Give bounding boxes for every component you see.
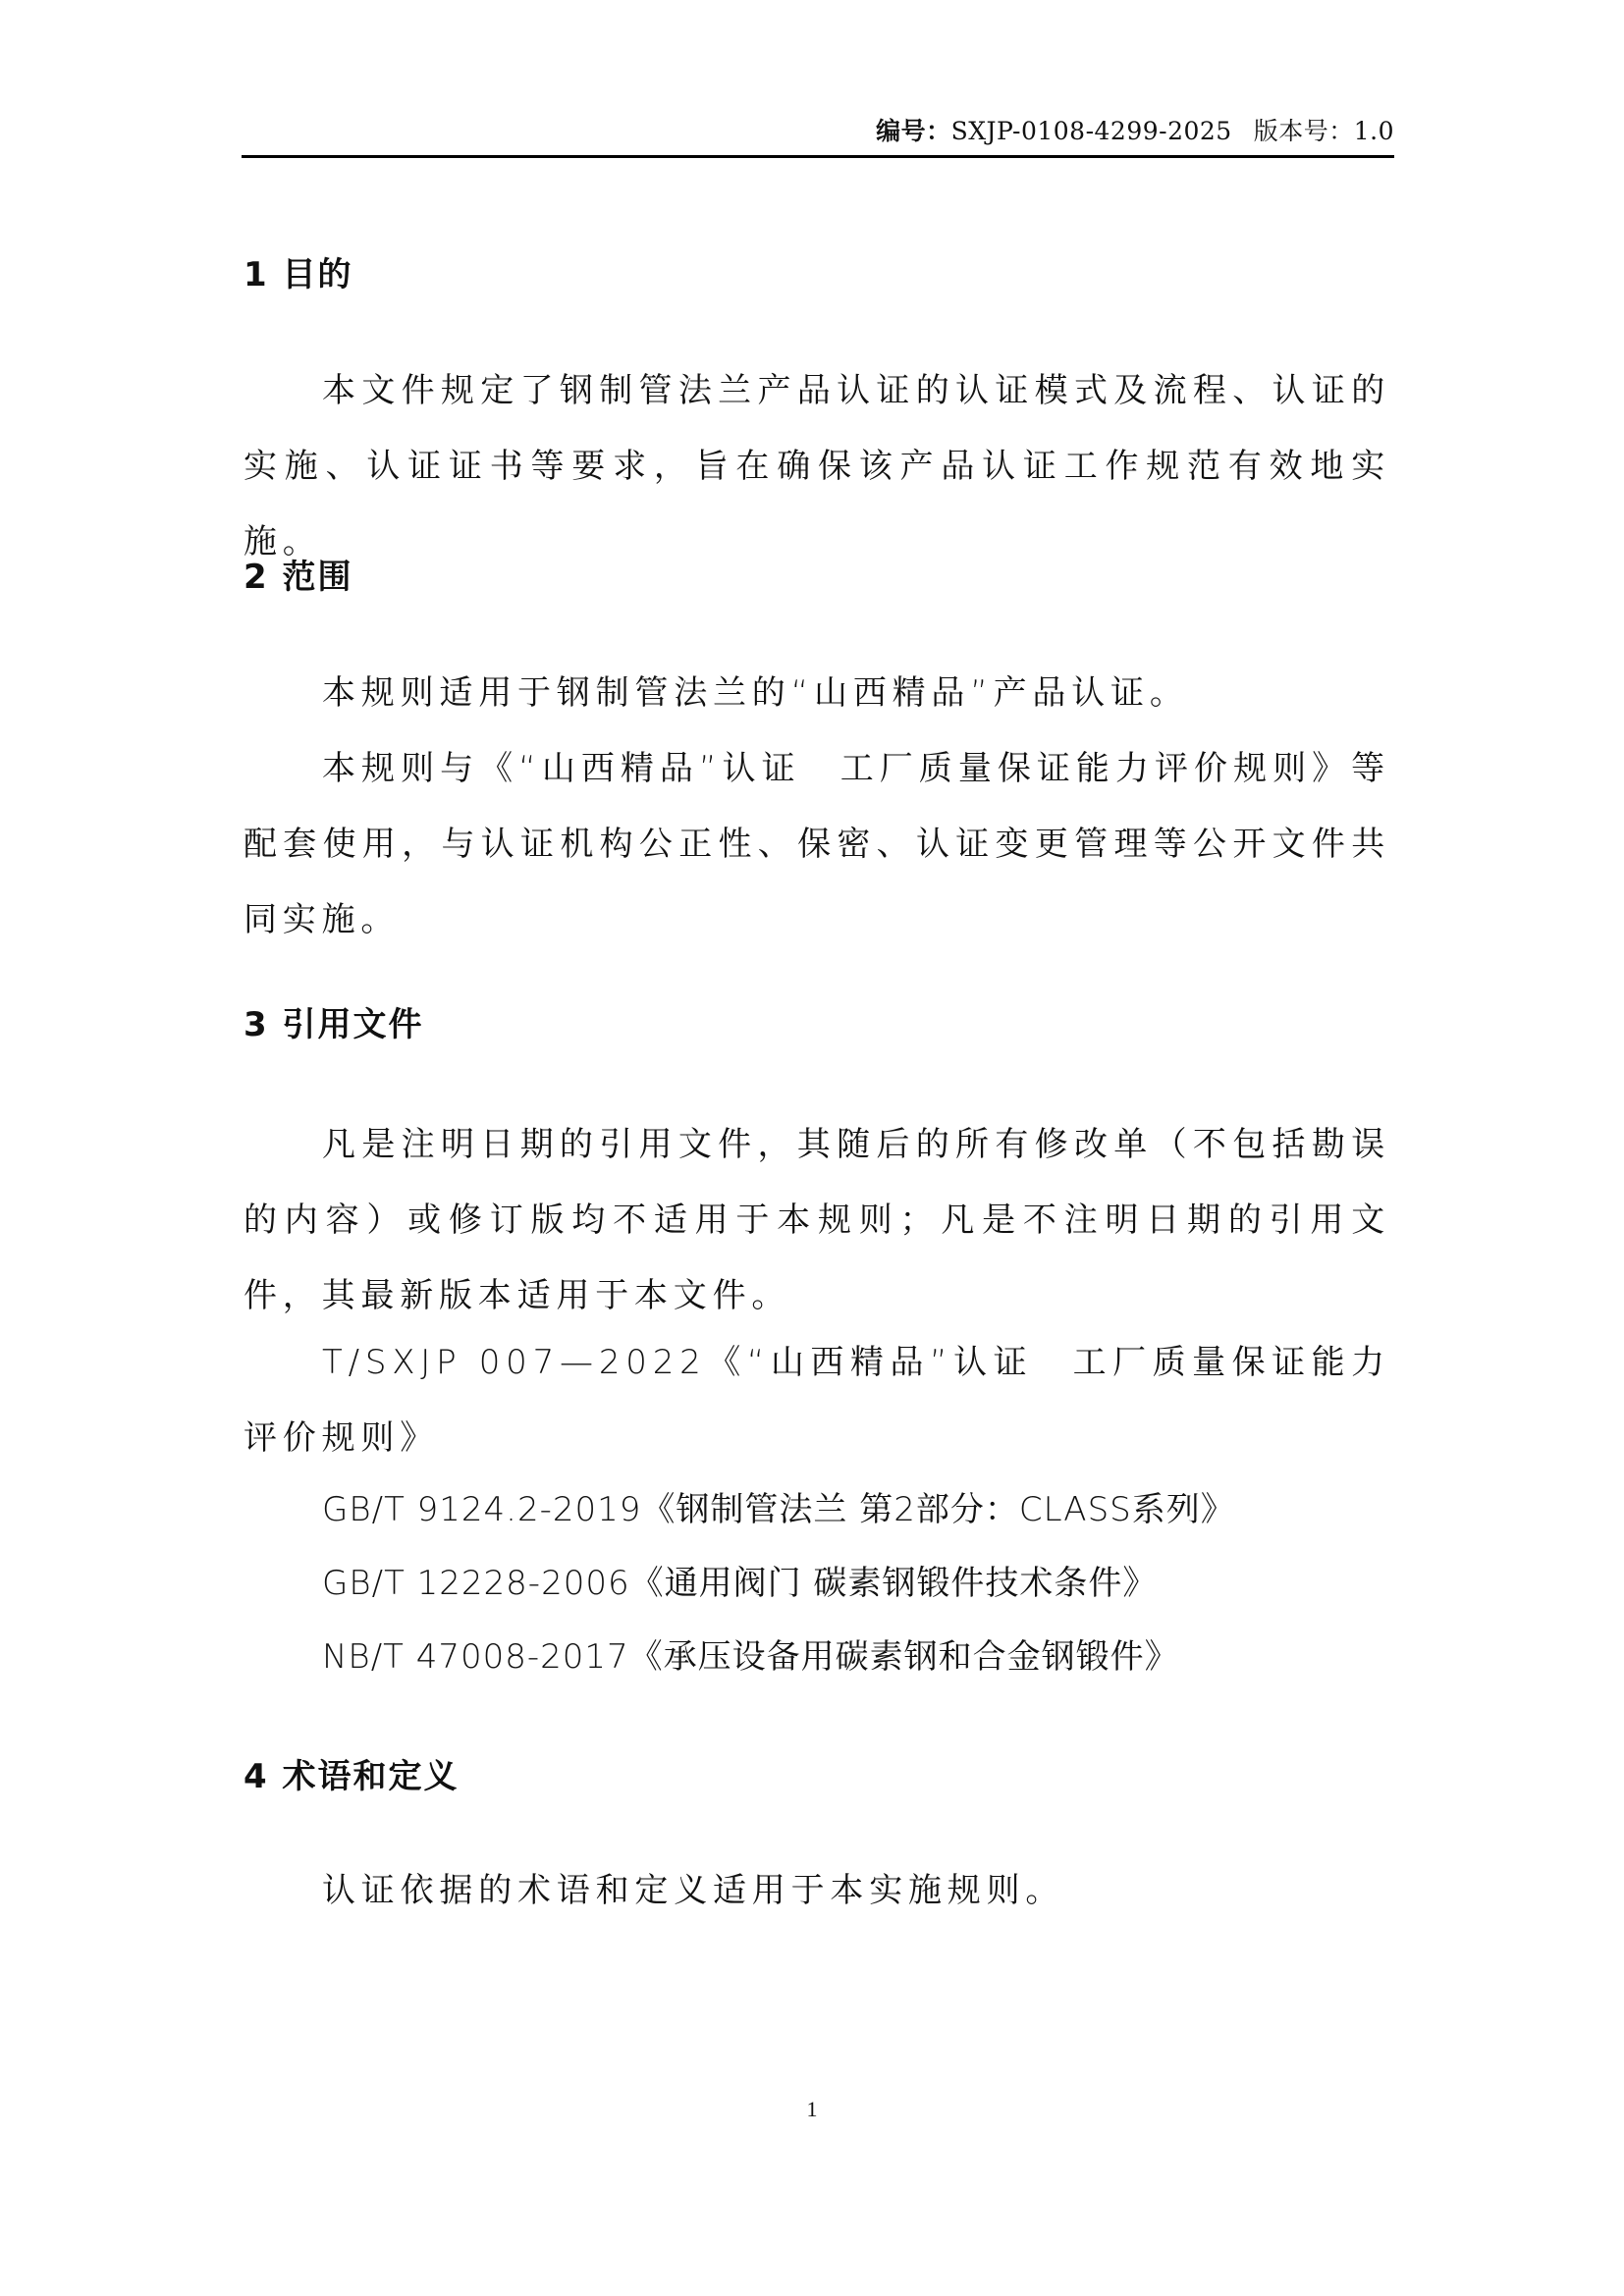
version-value: 1.0 [1354, 117, 1394, 145]
reference-item: GB/T 12228-2006《通用阀门 碳素钢锻件技术条件》 [244, 1546, 1390, 1622]
header-rule [242, 155, 1394, 158]
document-number-label: 编号： [876, 117, 951, 145]
section-heading-purpose: 1 目的 [244, 255, 353, 294]
version-label: 版本号： [1254, 117, 1354, 145]
references-paragraph: 凡是注明日期的引用文件，其随后的所有修改单（不包括勘误的内容）或修订版均不适用于… [244, 1107, 1390, 1334]
document-number-value: SXJP-0108-4299-2025 [951, 117, 1232, 145]
document-header: 编号：SXJP-0108-4299-2025版本号：1.0 [242, 116, 1394, 147]
section-heading-scope: 2 范围 [244, 558, 353, 597]
section-heading-references: 3 引用文件 [244, 1005, 424, 1044]
terms-paragraph: 认证依据的术语和定义适用于本实施规则。 [244, 1853, 1390, 1929]
purpose-paragraph: 本文件规定了钢制管法兰产品认证的认证模式及流程、认证的实施、认证证书等要求，旨在… [244, 353, 1390, 580]
section-heading-terms: 4 术语和定义 [244, 1757, 460, 1796]
scope-paragraph-2: 本规则与《“山西精品”认证 工厂质量保证能力评价规则》等配套使用，与认证机构公正… [244, 731, 1390, 958]
reference-item: NB/T 47008-2017《承压设备用碳素钢和合金钢锻件》 [244, 1620, 1390, 1695]
scope-paragraph-1: 本规则适用于钢制管法兰的“山西精品”产品认证。 [244, 656, 1390, 731]
page-number: 1 [0, 2097, 1624, 2122]
reference-item: GB/T 9124.2-2019《钢制管法兰 第2部分：CLASS系列》 [244, 1472, 1390, 1548]
reference-item: T/SXJP 007—2022《“山西精品”认证 工厂质量保证能力评价规则》 [244, 1325, 1390, 1476]
